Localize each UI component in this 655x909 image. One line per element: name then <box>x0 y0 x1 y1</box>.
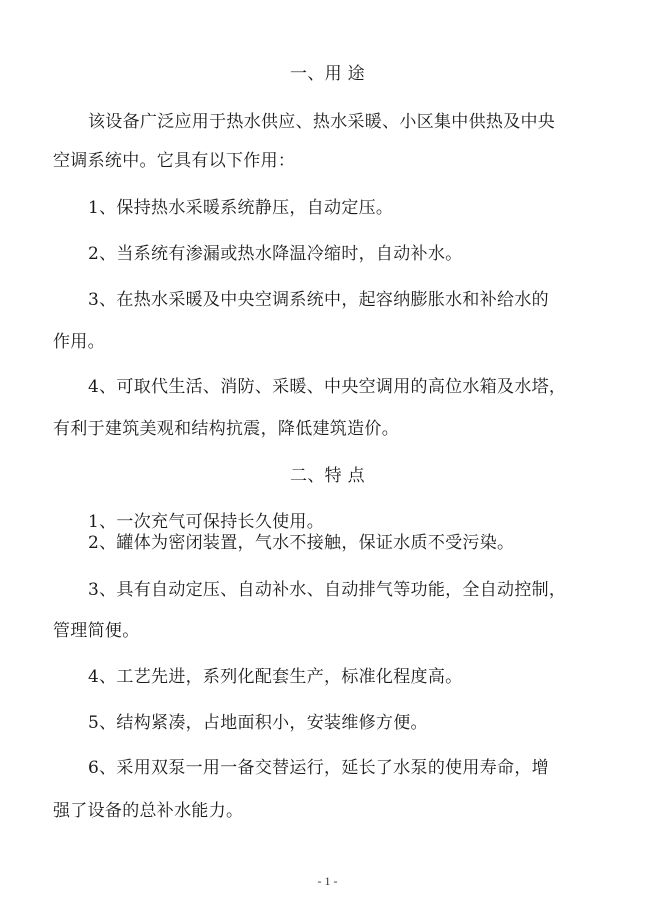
list-item: 1、保持热水采暖系统静压，自动定压。 <box>88 197 393 219</box>
list-item: 2、当系统有渗漏或热水降温冷缩时，自动补水。 <box>88 243 462 265</box>
list-item-continuation: 作用。 <box>53 331 105 353</box>
paragraph-line: 空调系统中。它具有以下作用： <box>53 150 295 172</box>
section-heading-usage: 一、用 途 <box>0 63 655 85</box>
list-item: 5、结构紧凑，占地面积小，安装维修方便。 <box>88 712 428 734</box>
list-item: 4、可取代生活、消防、采暖、中央空调用的高位水箱及水塔， <box>88 376 566 398</box>
list-item-continuation: 管理简便。 <box>53 620 140 642</box>
section-heading-features: 二、特 点 <box>0 465 655 487</box>
list-item: 3、具有自动定压、自动补水、自动排气等功能，全自动控制， <box>88 579 566 601</box>
list-item: 6、采用双泵一用一备交替运行，延长了水泵的使用寿命，增 <box>88 757 549 779</box>
list-item-continuation: 强了设备的总补水能力。 <box>53 800 243 822</box>
page-number: - 1 - <box>0 874 655 889</box>
paragraph-line: 该设备广泛应用于热水供应、热水采暖、小区集中供热及中央 <box>88 111 555 133</box>
list-item-continuation: 有利于建筑美观和结构抗震，降低建筑造价。 <box>53 418 399 440</box>
list-item: 3、在热水采暖及中央空调系统中，起容纳膨胀水和补给水的 <box>88 289 549 311</box>
list-item: 1、一次充气可保持长久使用。 <box>88 511 324 533</box>
list-item: 2、罐体为密闭装置，气水不接触，保证水质不受污染。 <box>88 532 514 554</box>
list-item: 4、工艺先进，系列化配套生产，标准化程度高。 <box>88 666 462 688</box>
